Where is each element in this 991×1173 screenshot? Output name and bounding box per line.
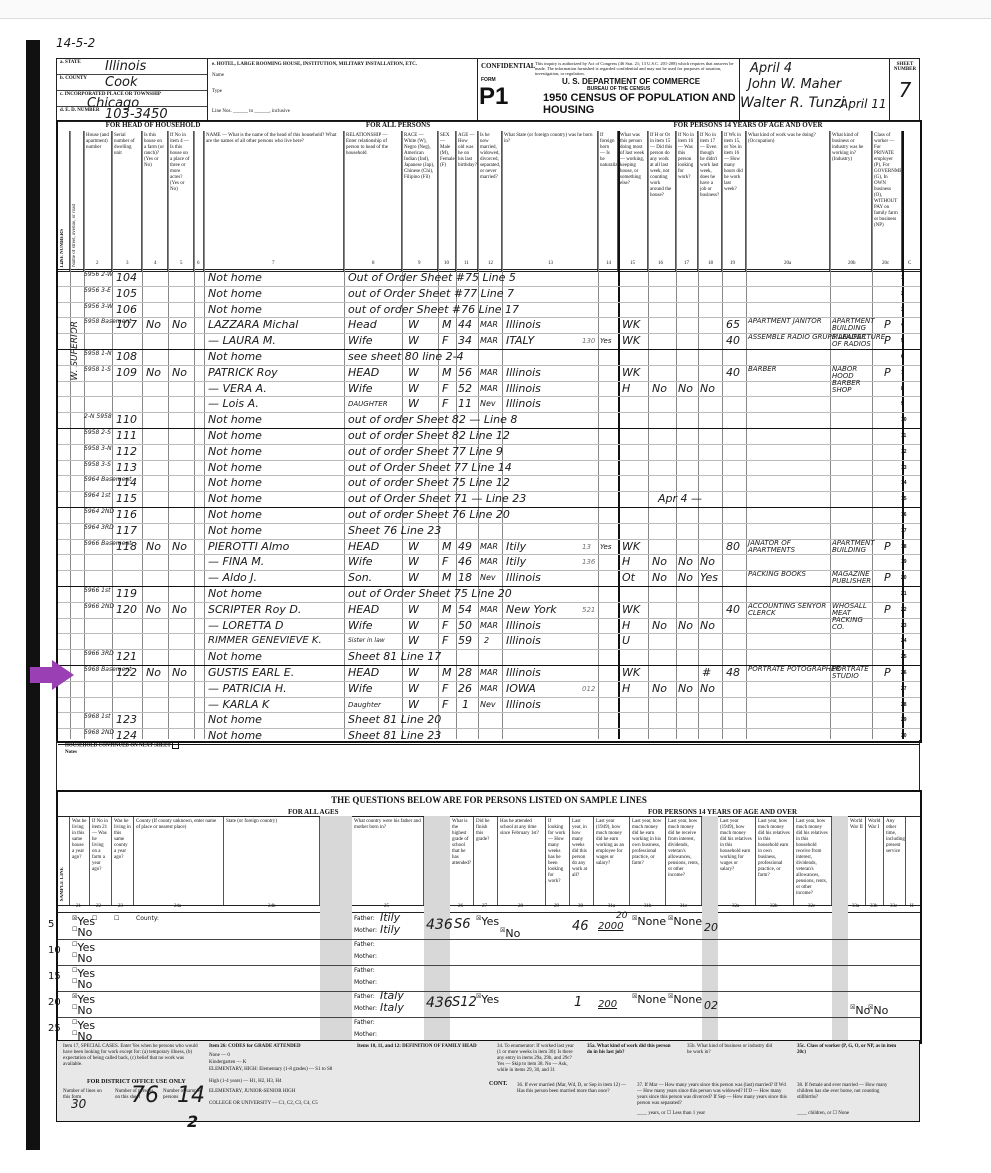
col-20c-label: Class of worker — For PRIVATE employer (… (872, 131, 902, 271)
date-checked: April 11 (840, 97, 887, 111)
q34: 34. To enumerator: If worked last year (… (497, 1044, 577, 1074)
table-row: 5958 Basement107NoNoLAZZARA MichalHeadWM… (58, 318, 920, 334)
household-continued-block: HOUSEHOLD CONTINUED ON NEXT SHEET Notes (56, 740, 920, 791)
confidential-label: CONFIDENTIAL (481, 62, 535, 70)
col-5-label: If No in item 4 — Is this house on a pla… (168, 131, 194, 271)
sample-column-headers: SAMPLE LINE Was he living in this same h… (58, 816, 920, 906)
q35b: 35b. What kind of business or industry d… (687, 1044, 777, 1056)
sample-row: 15 ☐ Yes☐ No Father:Mother: (58, 965, 920, 992)
table-row: 5964 Basement114Not homeout of order She… (58, 476, 920, 492)
family-head-definition: Items 10, 11, and 12: DEFINITION OF FAMI… (357, 1044, 477, 1050)
school-code-0: None — 0 (209, 1053, 349, 1059)
table-row: 5958 1-S109NoNoPATRICK RoyHEADWM56MARIll… (58, 366, 920, 382)
enumerator-signature: John W. Maher (748, 77, 841, 92)
household-continued-label: HOUSEHOLD CONTINUED ON NEXT SHEET (65, 744, 171, 749)
col-4-label: Is this house on a farm (or ranch)? (Yes… (142, 131, 168, 271)
col-1-label: Name of street, avenue, or road (72, 204, 78, 267)
sample-row: 10 ☐ Yes☐ No Father:Mother: (58, 939, 920, 966)
table-row: 5968 1st123Not homeSheet 81 Line 2029 (58, 713, 920, 729)
table-row: RIMMER GENEVIEVE K.Sister in lawWF592Ill… (58, 634, 920, 650)
table-row: — VERA A.WifeWF52MARIllinoisHNoNoNo8 (58, 382, 920, 398)
date-signed: April 4 (750, 61, 792, 76)
persons-value: 76 (131, 1093, 159, 1099)
table-row: — LAURA M.WifeWF34MARITALY130YesWK40ASSE… (58, 334, 920, 350)
signature-block: April 4 John W. Maher Walter R. Tunzi Ap… (739, 59, 890, 121)
q37-input[interactable]: ____ years, or ☐ Less than 1 year (637, 1111, 787, 1117)
col-14-label: If foreign born — Is he naturalized? (598, 131, 618, 271)
table-row: 5956 3-E105Not homeout of Order Sheet #7… (58, 287, 920, 303)
school-code-5: COLLEGE OR UNIVERSITY — C1, C2, C3, C4, … (209, 1101, 349, 1107)
form-id: P1 (479, 83, 508, 111)
confidential-block: CONFIDENTIAL This inquiry is authorized … (477, 59, 739, 121)
notes-label: Notes (65, 750, 77, 755)
census-rows: 5956 2-W104Not homeOut of Order Sheet #7… (58, 271, 920, 745)
q37: 37. If Mar — How many years since this p… (637, 1083, 787, 1107)
table-row: — Aldo J.Son.WM18NevIllinoisOtNoNoYesPAC… (58, 571, 920, 587)
ed-label: d. E. D. NUMBER (60, 108, 99, 113)
col-12-label: Is he now married, widowed, divorced, se… (478, 131, 502, 271)
table-row: — FINA M.WifeWF46MARItily136HNoNoNo19 (58, 555, 920, 571)
sample-section-title: THE QUESTIONS BELOW ARE FOR PERSONS LIST… (58, 795, 920, 805)
special-cases-note: Item 17, SPECIAL CASES. Enter Yes when h… (63, 1044, 203, 1068)
section-age-14-over: FOR PERSONS 14 YEARS OF AGE AND OVER (618, 121, 878, 131)
table-row: 5964 1st115Not homeout of Order Sheet 71… (58, 492, 920, 508)
state-label: a. STATE (60, 60, 81, 65)
household-continued-checkbox[interactable] (172, 742, 179, 749)
col-2-label: House (and apartment) number (84, 131, 112, 271)
table-row: 5958 3-N112Not homeout of order Sheet 77… (58, 445, 920, 461)
table-row: 5964 3RD117Not homeSheet 76 Line 2317 (58, 524, 920, 540)
col-10-label: SEX — Male (M), Female (F) (438, 131, 456, 271)
table-row: 5956 3-W106Not homeout of order Sheet #7… (58, 303, 920, 319)
sample-persons-value: 14 (177, 1093, 205, 1099)
sample-column-numbers: 21 22 23 24a 24b D 25 E 26 27 28 29 30 3… (58, 904, 920, 913)
table-row: — PATRICIA H.WifeWF26MARIOWA012HNoNoNo27 (58, 682, 920, 698)
table-row: 5964 2ND116Not homeout of order Sheet 76… (58, 508, 920, 524)
table-row: 5958 2-S111Not homeout of order Sheet 82… (58, 429, 920, 445)
cont-label: CONT. (489, 1081, 507, 1087)
sample-lines-section: THE QUESTIONS BELOW ARE FOR PERSONS LIST… (56, 790, 922, 1044)
q38: 38. If female and ever married — How man… (797, 1083, 897, 1101)
col-7-label: NAME — What is the name of the head of t… (204, 131, 344, 271)
name-label: Name (212, 73, 224, 78)
sheet-number: 7 (890, 78, 920, 102)
school-code-4: ELEMENTARY, JUNIOR-SENIOR HIGH (209, 1089, 349, 1095)
col-17-label: If No in item 16 — Was this person looki… (676, 131, 698, 271)
col-15-label: What was this person doing most of last … (618, 131, 648, 271)
department: U. S. DEPARTMENT OF COMMERCE (562, 77, 700, 86)
col-18-label: If No in item 17 — Even though he didn't… (698, 131, 722, 271)
q35c: 35c. Class of worker (P, G, O, or NP, as… (797, 1044, 897, 1056)
school-code-2: ELEMENTARY, HIGH: Elementary (1-8 grades… (209, 1067, 349, 1073)
state-value: Illinois (105, 59, 146, 74)
col-19-label: If Wk in item 15, or Yes in item 16 — Ho… (722, 131, 746, 271)
all-ages-label: FOR ALL AGES (288, 808, 339, 816)
population-table: FOR HEAD OF HOUSEHOLD FOR ALL PERSONS FO… (56, 120, 922, 743)
column-numbers: 1 2 3 4 5 6 7 8 9 10 11 12 13 14 15 16 1… (58, 261, 920, 270)
col-13-label: What State (or foreign country) was he b… (502, 131, 598, 271)
scan-top-edge (0, 0, 991, 19)
hotel-block: e. HOTEL, LARGE ROOMING HOUSE, INSTITUTI… (209, 59, 478, 121)
checker-signature: Walter R. Tunzi (740, 95, 845, 111)
sample-row: 20 ☒ Yes☐ No Father: Italy Mother: Italy… (58, 991, 920, 1018)
sample-persons-extra: 2 (187, 1119, 198, 1125)
col-20a-label: What kind of work was he doing? (Occupat… (746, 131, 830, 271)
column-headers: LINE NUMBERS Name of street, avenue, or … (58, 131, 920, 272)
form-footer: Item 17, SPECIAL CASES. Enter Yes when h… (56, 1040, 920, 1122)
q38-input[interactable]: ____ children, or ☐ None (797, 1111, 907, 1117)
hotel-label: e. HOTEL, LARGE ROOMING HOUSE, INSTITUTI… (209, 59, 477, 70)
county-value: Cook (105, 75, 138, 90)
confidential-text: This inquiry is authorized by Act of Con… (535, 61, 735, 76)
location-block: a. STATEIllinois b. COUNTYCook c. INCORP… (57, 59, 208, 121)
table-row: — LORETTA DWifeWF50MARIllinoisHNoNoNo23 (58, 619, 920, 635)
table-row: 5968 Basement122NoNoGUSTIS EARL E.HEADWM… (58, 666, 920, 682)
sheet-number-box: SHEET NUMBER 7 (889, 59, 920, 121)
age-14-over-label: FOR PERSONS 14 YEARS OF AGE AND OVER (648, 808, 797, 816)
table-row: 5956 2-W104Not homeOut of Order Sheet #7… (58, 271, 920, 287)
col-8-label: RELATIONSHIP — Enter relationship of per… (344, 131, 402, 271)
col-20b-label: What kind of business or industry was he… (830, 131, 872, 271)
table-row: 5966 Basement118NoNoPIEROTTI AlmoHEADWM4… (58, 540, 920, 556)
table-row: — KARLA KDaughterWF1NevIllinois28 (58, 698, 920, 714)
col-3-label: Serial number of dwelling unit (112, 131, 142, 271)
col-9-label: RACE — White (W), Negro (Neg), American … (402, 131, 438, 271)
school-code-3: High (1-4 years) — H1, H2, H3, H4 (209, 1079, 349, 1085)
table-row: 5958 3-S113Not homeout of Order Sheet 77… (58, 461, 920, 477)
table-row: 5958 1-N108Not homesee sheet 80 line 2-4… (58, 350, 920, 366)
school-code-1: Kindergarten — K (209, 1060, 349, 1066)
type-label: Type (212, 89, 222, 94)
line-nos-label: Line Nos. ______ to ______, inclusive (212, 109, 290, 114)
sheet-number-label: SHEET NUMBER (890, 62, 920, 72)
form-header: a. STATEIllinois b. COUNTYCook c. INCORP… (56, 58, 920, 122)
q35a: 35a. What kind of work did this person d… (587, 1044, 677, 1056)
school-codes-title: Item 26: CODES for GRADE ATTENDED (209, 1044, 349, 1050)
sheet-code: 14-5-2 (56, 36, 95, 50)
sample-row: 5 ☒ Yes ☐ No ☐☐ County: Father: Itily Mo… (58, 913, 920, 940)
county-label: b. COUNTY (60, 76, 87, 81)
table-row: 2-N 5958110Not homeout of order Sheet 82… (58, 413, 920, 429)
table-row: 5966 1st119Not homeout of Order Sheet 75… (58, 587, 920, 603)
lines-value: 30 (71, 1101, 86, 1107)
table-row: — Lois A.DAUGHTERWF11NevIllinois9 (58, 397, 920, 413)
section-head-of-household: FOR HEAD OF HOUSEHOLD (78, 121, 228, 131)
table-row: 5966 3RD121Not homeSheet 81 Line 1725 (58, 650, 920, 666)
section-all-persons: FOR ALL PERSONS (258, 121, 538, 131)
q36: 36. If ever married (Mar, Wd, D, or Sep … (517, 1083, 627, 1095)
table-row: 5966 2ND120NoNoSCRIPTER Roy D.HEADWM54MA… (58, 603, 920, 619)
col-16-label: If H or Ot in item 15 — Did this person … (648, 131, 676, 271)
scan-binding-edge (26, 40, 40, 1150)
col-11-label: AGE — How old was he on his last birthda… (456, 131, 478, 271)
form-title: 1950 CENSUS OF POPULATION AND HOUSING (543, 92, 739, 116)
